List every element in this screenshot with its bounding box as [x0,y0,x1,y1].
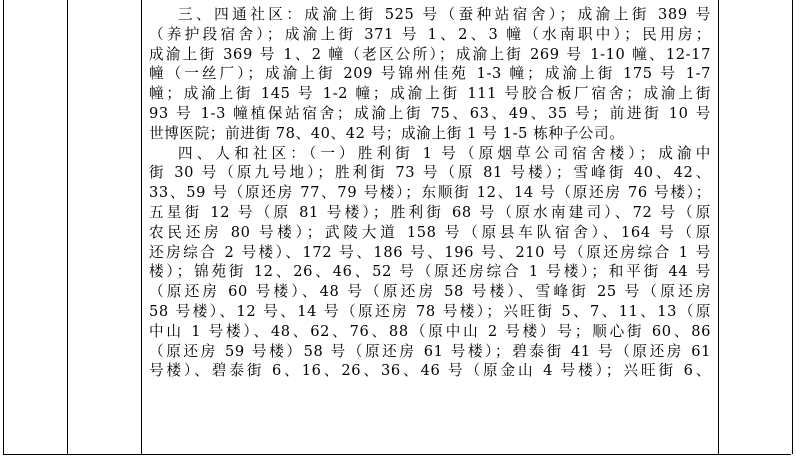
text-line: 还房综合 2 号楼）、172 号、186 号、196 号、210 号（原还房综合… [149,243,711,263]
text-line: 幢（一丝厂）；成渝上街 209 号锦州佳苑 1-3 幢；成渝上街 175 号 1… [149,64,711,84]
text-line: 五星街 12 号（原 81 号楼）；胜利街 68 号（原水南建司）、72 号（原 [149,203,711,223]
text-line: 街 30 号（原九号地）；胜利街 73 号（原 81 号楼）；雪峰街 40、42… [149,163,711,183]
document-table: 三、四通社区：成渝上街 525 号（蚕种站宿舍）；成渝上街 389 号（养护段宿… [3,0,791,455]
text-line: 世博医院；前进街 78、40、42 号；成渝上街 1 号 1-5 栋种子公司。 [149,124,711,144]
text-line: 93 号 1-3 幢植保站宿舍；成渝上街 75、63、49、35 号；前进街 1… [149,104,711,124]
text-line: 幢；成渝上街 145 号 1-2 幢；成渝上街 111 号胶合板厂宿舍；成渝上街 [149,84,711,104]
text-line: 三、四通社区：成渝上街 525 号（蚕种站宿舍）；成渝上街 389 号 [149,5,711,25]
text-line: 成渝上街 369 号 1、2 幢（老区公所）；成渝上街 269 号 1-10 幢… [149,45,711,65]
text-line: （原还房 60 号楼）、48 号（原还房 58 号楼）、雪峰街 25 号（原还房 [149,282,711,302]
table-column-content: 三、四通社区：成渝上街 525 号（蚕种站宿舍）；成渝上街 389 号（养护段宿… [141,0,719,454]
document-body-text: 三、四通社区：成渝上街 525 号（蚕种站宿舍）；成渝上街 389 号（养护段宿… [149,5,711,381]
text-line: （原还房 59 号楼）58 号（原还房 61 号楼）；碧泰街 41 号（原还房 … [149,342,711,362]
text-line: （养护段宿舍）；成渝上街 371 号 1、2、3 幢（水南职中）；民用房； [149,25,711,45]
text-line: 农民还房 80 号楼）；武陵大道 158 号（原县车队宿舍）、164 号（原 [149,223,711,243]
table-column-2 [67,0,142,454]
table-column-4 [718,0,793,454]
text-line: 四、人和社区：（一）胜利街 1 号（原烟草公司宿舍楼）；成渝中 [149,144,711,164]
text-line: 58 号楼）、12 号、14 号（原还房 78 号楼）；兴旺街 5、7、11、1… [149,302,711,322]
text-line: 33、59 号（原还房 77、79 号楼）；东顺街 12、14 号（原还房 76… [149,183,711,203]
table-column-1 [4,0,68,454]
text-line: 中山 1 号楼）、48、62、76、88（原中山 2 号楼）号；顺心街 60、8… [149,322,711,342]
text-line: 楼）；锦苑街 12、26、46、52 号（原还房综合 1 号楼）；和平街 44 … [149,262,711,282]
text-line: 号楼）、碧泰街 6、16、26、36、46 号（原金山 4 号楼）；兴旺街 6、 [149,361,711,381]
